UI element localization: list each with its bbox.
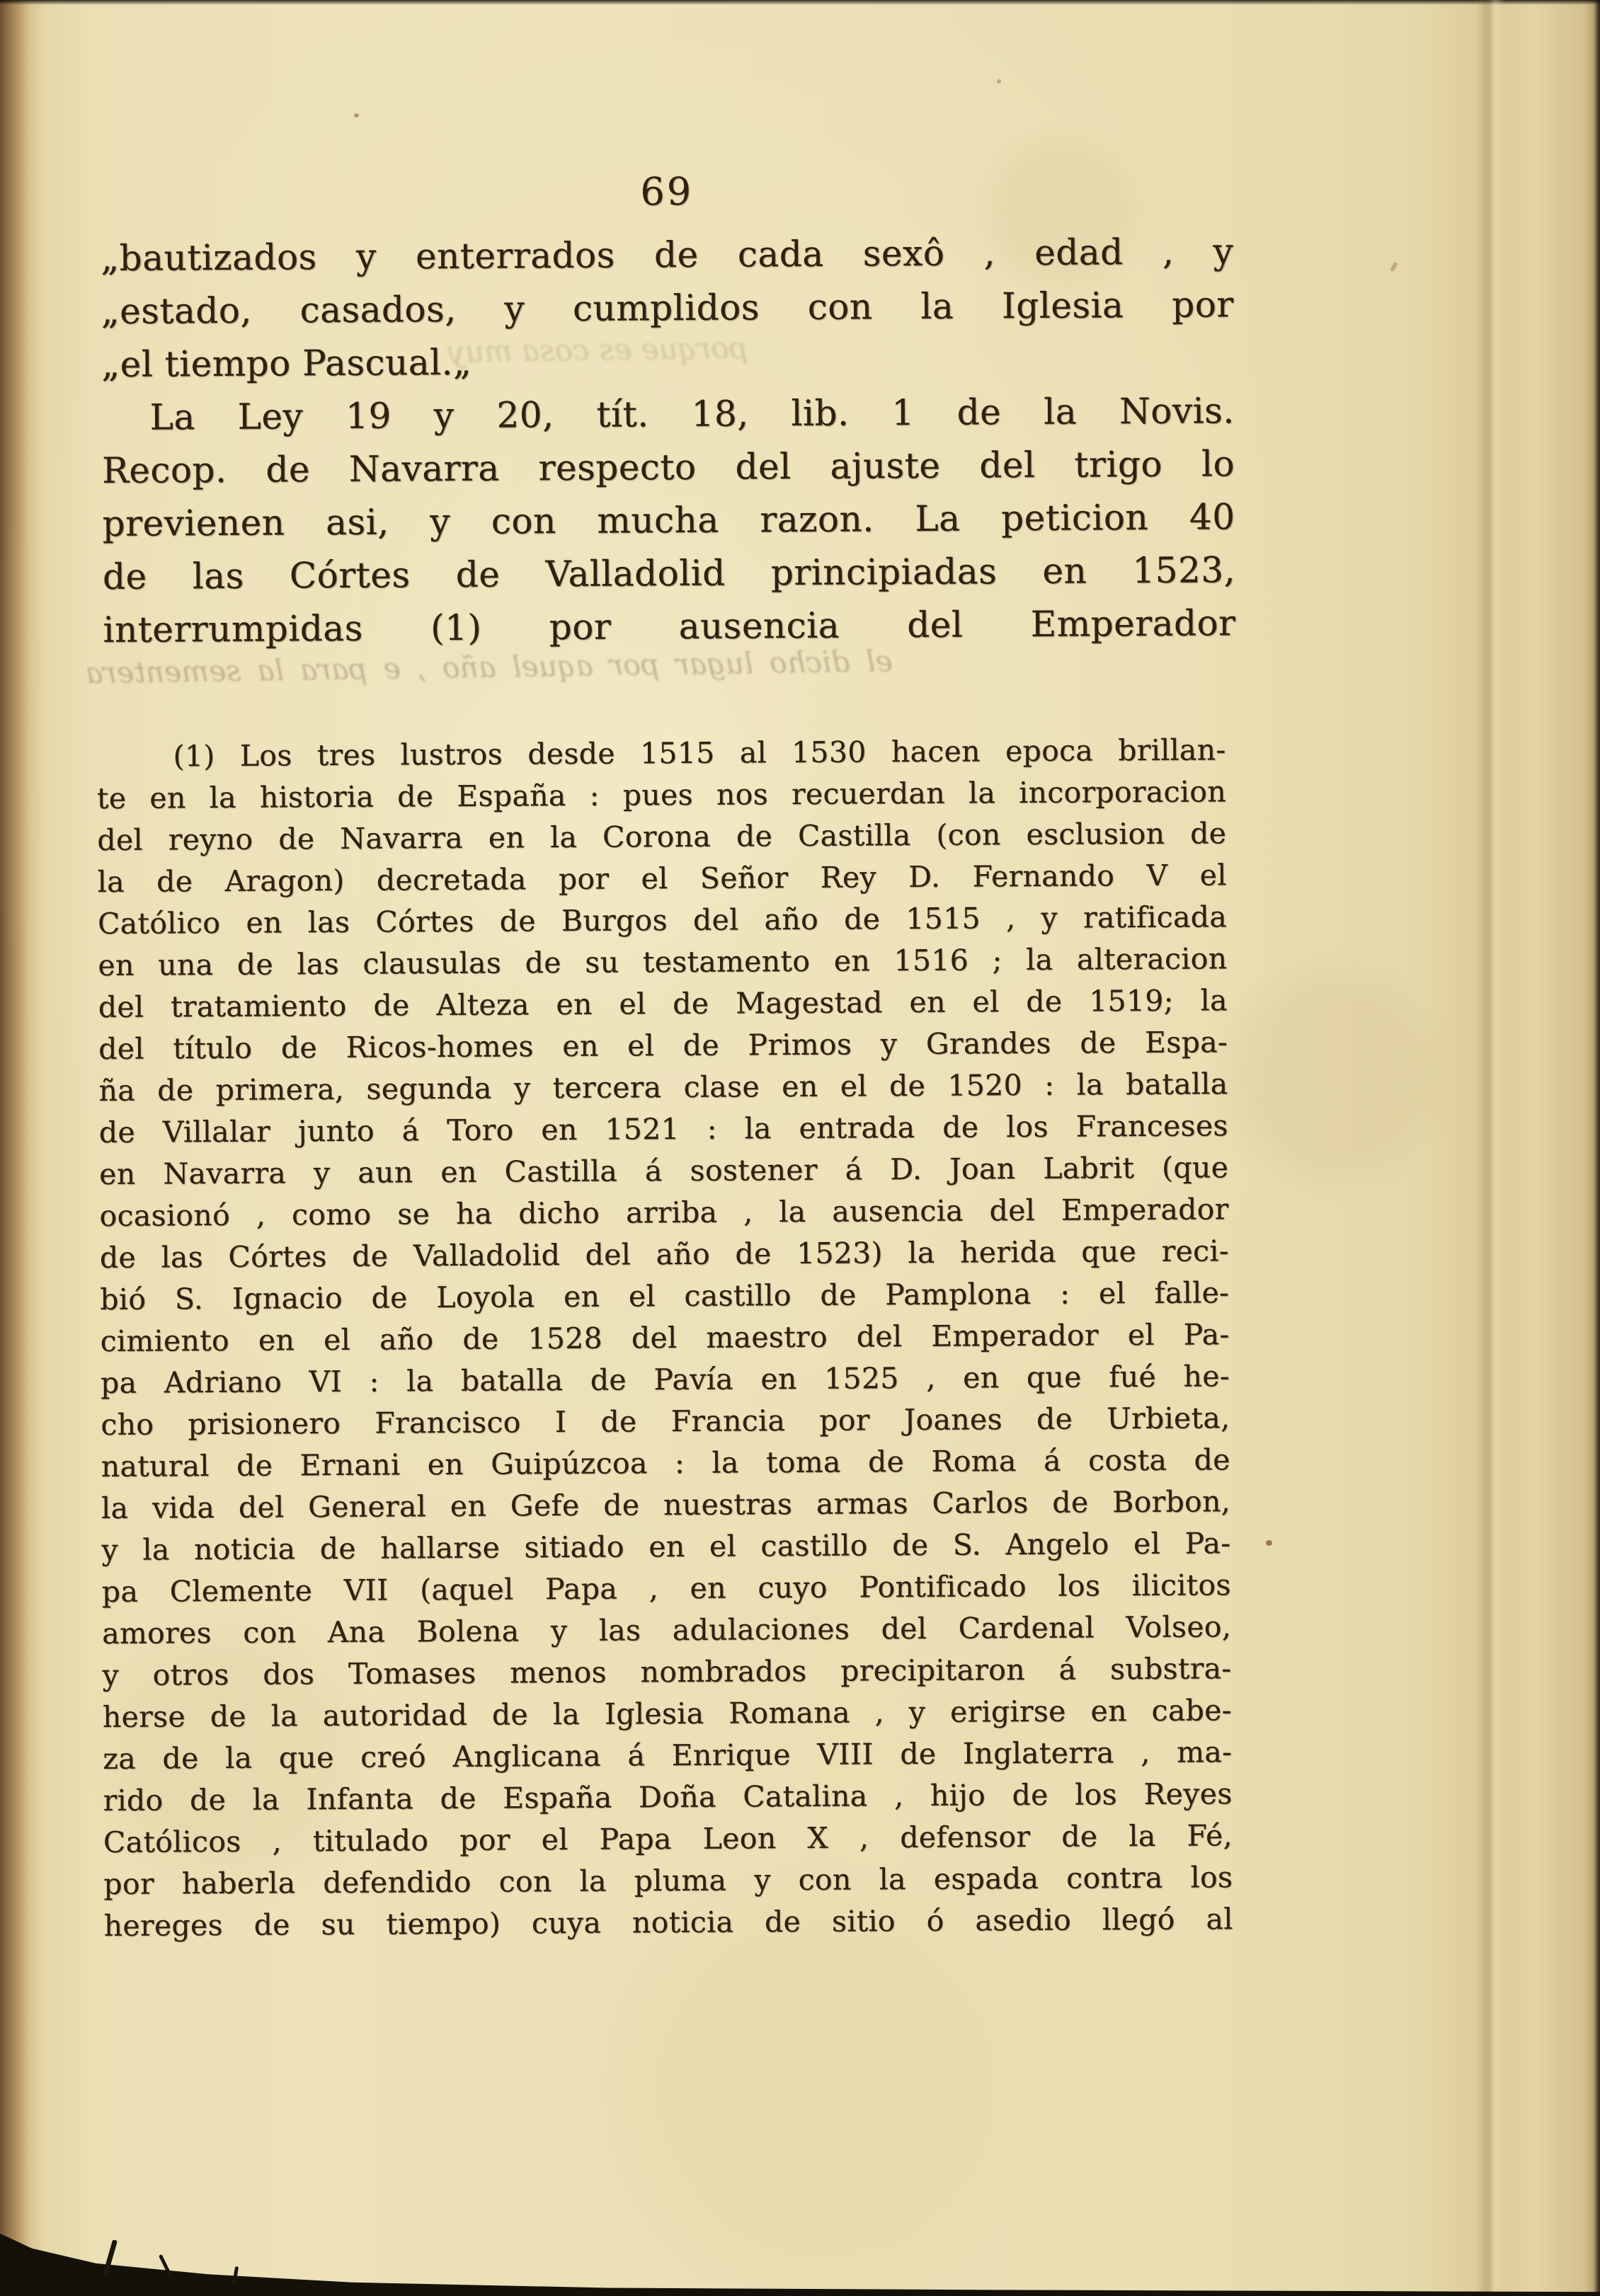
footnote-line: amores con Ana Bolena y las adulaciones … bbox=[102, 1606, 1231, 1655]
main-text-line: de las Córtes de Valladolid principiadas… bbox=[103, 544, 1235, 604]
footnote-line: za de la que creó Anglicana á Enrique VI… bbox=[103, 1731, 1232, 1780]
footnote-line: hereges de su tiempo) cuya noticia de si… bbox=[104, 1898, 1233, 1947]
book-page-scan: 69 porque es cosa muy el dicho lugar por… bbox=[0, 0, 1600, 2296]
main-text-block: „bautizados y enterrados de cada sexô , … bbox=[101, 225, 1236, 657]
footnote-block: (1) Los tres lustros desde 1515 al 1530 … bbox=[96, 729, 1233, 1947]
footnote-line: en una de las clausulas de su testamento… bbox=[98, 938, 1227, 987]
footnote-line: la de Aragon) decretada por el Señor Rey… bbox=[98, 854, 1227, 903]
footnote-line: del reyno de Navarra en la Corona de Cas… bbox=[97, 813, 1226, 861]
main-text-line: „bautizados y enterrados de cada sexô , … bbox=[101, 225, 1233, 285]
main-text-line: interrumpidas (1) por ausencia del Emper… bbox=[103, 597, 1235, 657]
main-text-line: La Ley 19 y 20, tít. 18, lib. 1 de la No… bbox=[101, 384, 1234, 444]
page-number: 69 bbox=[610, 171, 724, 214]
footnote-line: herse de la autoridad de la Iglesia Roma… bbox=[103, 1689, 1232, 1738]
footnote-line: cimiento en el año de 1528 del maestro d… bbox=[100, 1314, 1229, 1362]
footnote-line: en Navarra y aun en Castilla á sostener … bbox=[99, 1147, 1228, 1195]
page-content: 69 porque es cosa muy el dicho lugar por… bbox=[0, 0, 1600, 2296]
footnote-line: Católico en las Córtes de Burgos del año… bbox=[98, 896, 1227, 945]
footnote-line: por haberla defendido con la pluma y con… bbox=[103, 1856, 1233, 1905]
footnote-line: ña de primera, segunda y tercera clase e… bbox=[98, 1063, 1228, 1112]
footnote-line: del tratamiento de Alteza en el de Mages… bbox=[98, 980, 1228, 1028]
footnote-line: pa Adriano VI : la batalla de Pavía en 1… bbox=[101, 1355, 1230, 1404]
footnote-line: y la noticia de hallarse sitiado en el c… bbox=[101, 1522, 1230, 1571]
footnote-line: de las Córtes de Valladolid del año de 1… bbox=[100, 1230, 1229, 1279]
footnote-line: pa Clemente VII (aquel Papa , en cuyo Po… bbox=[102, 1564, 1231, 1613]
footnote-line: la vida del General en Gefe de nuestras … bbox=[101, 1481, 1230, 1529]
footnote-line: natural de Ernani en Guipúzcoa : la toma… bbox=[101, 1439, 1230, 1488]
footnote-line: (1) Los tres lustros desde 1515 al 1530 … bbox=[96, 729, 1225, 778]
footnote-line: bió S. Ignacio de Loyola en el castillo … bbox=[100, 1272, 1229, 1321]
main-text-line: previenen asi, y con mucha razon. La pet… bbox=[102, 490, 1235, 551]
main-text-line: „el tiempo Pascual.„ bbox=[101, 331, 1234, 391]
footnote-line: y otros dos Tomases menos nombrados prec… bbox=[102, 1648, 1231, 1697]
footnote-line: de Villalar junto á Toro en 1521 : la en… bbox=[99, 1105, 1228, 1154]
footnote-line: Católicos , titulado por el Papa Leon X … bbox=[103, 1815, 1233, 1864]
main-text-line: „estado, casados, y cumplidos con la Igl… bbox=[101, 278, 1234, 338]
footnote-line: rido de la Infanta de España Doña Catali… bbox=[103, 1773, 1232, 1822]
main-text-line: Recop. de Navarra respecto del ajuste de… bbox=[102, 437, 1235, 498]
footnote-line: del título de Ricos-homes en el de Primo… bbox=[98, 1021, 1228, 1070]
footnote-line: cho prisionero Francisco I de Francia po… bbox=[101, 1397, 1230, 1446]
footnote-line: ocasionó , como se ha dicho arriba , la … bbox=[99, 1188, 1228, 1237]
footnote-line: te en la historia de España : pues nos r… bbox=[97, 771, 1226, 820]
